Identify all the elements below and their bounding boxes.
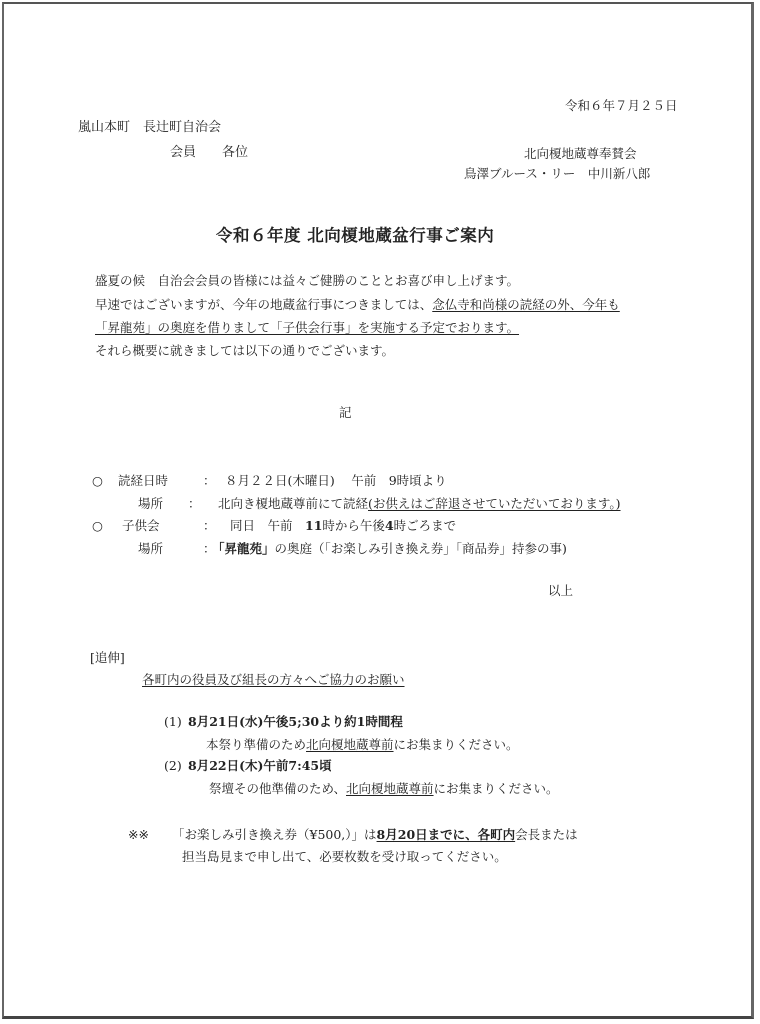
event-2-place-label: 場所 [138,541,163,557]
postscript-item-2-detail: 祭壇その他準備のため、北向榎地蔵尊前にお集まりください。 [209,781,559,797]
intro-line-3: 「昇龍苑」の奥庭を借りまして「子供会行事」を実施する予定でおります。 [95,320,519,336]
event-1-place-colon: ： [188,496,201,512]
event-1-place-text: 北向き榎地蔵尊前にて読経 [218,496,368,511]
note-deadline: 8月20日までに、各町内 [377,827,516,842]
event-2-venue: 「昇龍苑」 [212,541,275,556]
postscript-item-1-detail: 本祭り準備のため北向榎地蔵尊前にお集まりください。 [206,737,519,753]
intro-line-4: それら概要に就きましては以下の通りでございます。 [95,343,394,359]
document-date: 令和６年７月２５日 [565,98,678,114]
postscript-item-1-when: 8月21日(水)午後5;30より約1時間程 [188,714,403,730]
event-2-value: 同日 午前 11時から午後4時ごろまで [230,518,456,534]
event-2-end-hour: 4 [385,518,394,533]
postscript-label: [追伸] [90,650,125,666]
sender-names: 鳥澤ブルース・リー 中川新八郎 [464,166,650,182]
note-line-1-post: 会長または [515,827,578,842]
intro-line-2: 早速ではございますが、今年の地蔵盆行事につきましては、念仏寺和尚様の読経の外、今… [95,297,620,313]
event-2-start-hour: 11 [305,518,322,533]
ki-heading: 記 [339,405,352,421]
postscript-item-1-detail-post: にお集まりください。 [394,737,519,752]
note-mark: ※※ [128,827,149,843]
postscript-heading: 各町内の役員及び組長の方々へご協力のお願い [142,672,405,688]
intro-line-2-text: 早速ではございますが、今年の地蔵盆行事につきましては、 [95,297,432,312]
closing-ijou: 以上 [548,583,573,599]
event-2-place: 「昇龍苑」の奥庭（「お楽しみ引き換え券」「商品券」持参の事) [212,541,567,557]
postscript-item-2-detail-pre: 祭壇その他準備のため、 [209,781,346,796]
intro-line-1: 盛夏の候 自治会会員の皆様には益々ご健勝のこととお喜び申し上げます。 [95,273,519,289]
sender-organization: 北向榎地蔵尊奉賛会 [524,146,637,162]
recipient-line-2: 会員 各位 [170,145,248,161]
event-2-value-pre: 同日 午前 [230,518,305,533]
note-line-2: 担当島見まで申し出て、必要枚数を受け取ってください。 [182,849,507,865]
event-1-place-label: 場所 [138,496,163,512]
document-title: 令和６年度 北向榎地蔵盆行事ご案内 [216,228,494,244]
event-2-value-post: 時ごろまで [394,518,457,533]
postscript-item-1-detail-pre: 本祭り準備のため [206,737,306,752]
postscript-item-2-number: (2) [164,758,182,774]
recipient-line-1: 嵐山本町 長辻町自治会 [78,120,221,136]
event-1-label: 読経日時 [118,473,168,489]
event-2-place-rest: の奥庭（「お楽しみ引き換え券」「商品券」持参の事) [275,541,567,556]
event-2-colon: ： [203,518,216,534]
postscript-item-1-number: (1) [164,714,182,730]
postscript-item-2-detail-post: にお集まりください。 [434,781,559,796]
event-2-bullet-icon: ○ [92,518,103,534]
intro-line-2-underlined: 念仏寺和尚様の読経の外、今年も [432,297,620,312]
event-1-bullet-icon: ○ [92,473,103,489]
event-2-label: 子供会 [122,518,160,534]
postscript-item-2-location: 北向榎地蔵尊前 [346,781,434,796]
event-1-place-note: (お供えはご辞退させていただいております。) [368,496,621,511]
event-1-value: ８月２２日(木曜日) 午前 9時頃より [225,473,447,489]
event-1-place: 北向き榎地蔵尊前にて読経(お供えはご辞退させていただいております。) [218,496,621,512]
note-line-1-pre: 「お楽しみ引き換え券（¥500,）」は [172,827,377,842]
postscript-item-1-location: 北向榎地蔵尊前 [306,737,394,752]
event-2-value-mid: 時から午後 [322,518,385,533]
postscript-item-2-when: 8月22日(木)午前7:45頃 [188,758,332,774]
event-1-colon: ： [203,473,216,489]
note-line-1: 「お楽しみ引き換え券（¥500,）」は8月20日までに、各町内会長または [172,827,578,843]
